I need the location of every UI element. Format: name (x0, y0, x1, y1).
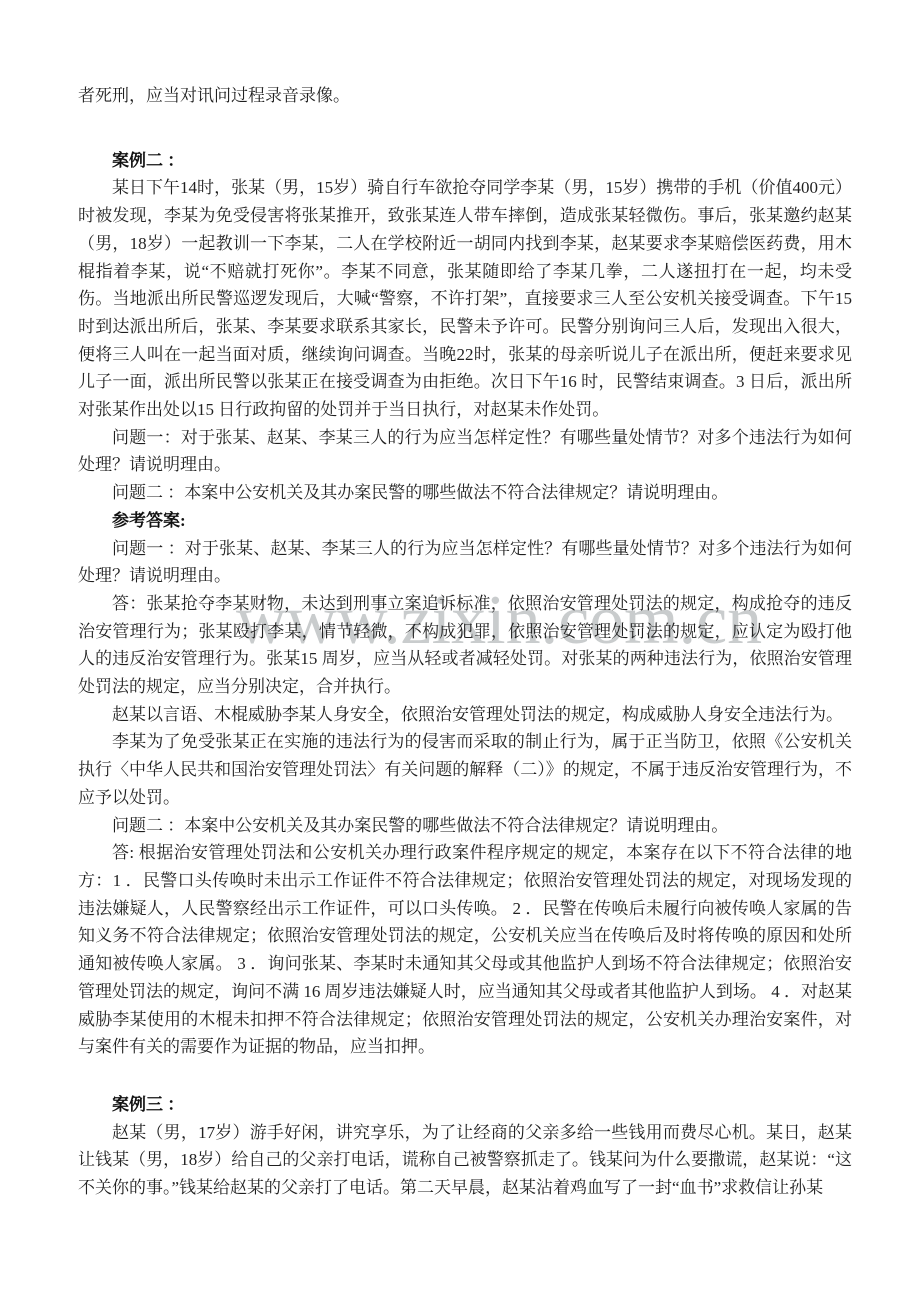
case2-body: 某日下午14时，张某（男，15岁）骑自行车欲抢夺同学李某（男，15岁）携带的手机… (78, 174, 852, 423)
case3-body: 赵某（男，17岁）游手好闲，讲究享乐，为了让经商的父亲多给一些钱用而费尽心机。某… (78, 1119, 852, 1202)
answer2-body: 答: 根据治安管理处罚法和公安机关办理行政案件程序规定的规定，本案存在以下不符合… (78, 839, 852, 1061)
case2-question2: 问题二 ：本案中公安机关及其办案民警的哪些做法不符合法律规定？请说明理由。 (78, 479, 852, 507)
case2-question1: 问题一：对于张某、赵某、李某三人的行为应当怎样定性？有哪些量处情节？对多个违法行… (78, 424, 852, 479)
case3-heading: 案例三 ： (78, 1091, 852, 1119)
answer-question2: 问题二 ：本案中公安机关及其办案民警的哪些做法不符合法律规定？请说明理由。 (78, 812, 852, 840)
answer1-zhao: 赵某以言语、木棍威胁李某人身安全，依照治安管理处罚法的规定，构成威胁人身安全违法… (78, 701, 852, 729)
document-page: www.zixin.com.cn 者死刑，应当对讯问过程录音录像。 案例二 ： … (0, 0, 920, 1302)
reference-answers-heading: 参考答案: (78, 507, 852, 535)
answer1-zhang: 答：张某抢夺李某财物，未达到刑事立案追诉标准，依照治安管理处罚法的规定，构成抢夺… (78, 590, 852, 701)
answer-question1: 问题一 ：对于张某、赵某、李某三人的行为应当怎样定性？有哪些量处情节？对多个违法… (78, 535, 852, 590)
answer1-li: 李某为了免受张某正在实施的违法行为的侵害而采取的制止行为，属于正当防卫，依照《公… (78, 728, 852, 811)
case2-heading: 案例二 ： (78, 147, 852, 175)
continued-paragraph: 者死刑，应当对讯问过程录音录像。 (78, 82, 852, 110)
document-content: 者死刑，应当对讯问过程录音录像。 案例二 ： 某日下午14时，张某（男，15岁）… (0, 0, 920, 1202)
